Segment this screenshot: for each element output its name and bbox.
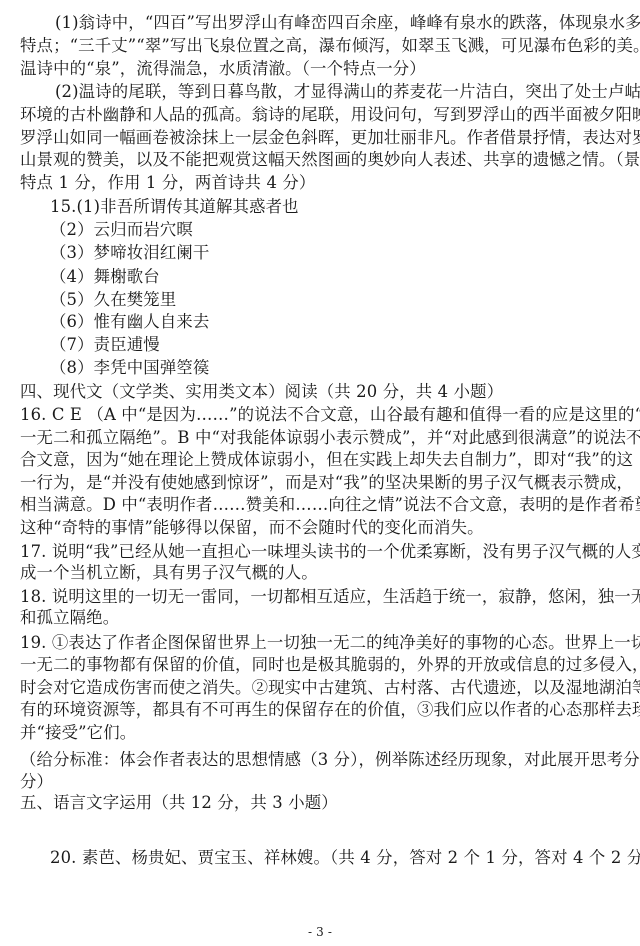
text-line: 环境的古朴幽静和人品的孤高。翁诗的尾联，用设问句，写到罗浮山的西半面被夕阳映照，	[20, 104, 628, 126]
text-line: 18. 说明这里的一切无一雷同，一切都相互适应，生活趋于统一，寂静，悠闲，独一无…	[20, 586, 628, 608]
text-line: 合文意，因为“她在理论上赞成体谅弱小，但在实践上却失去自制力”，即对“我”的这	[20, 449, 628, 471]
text-line: 有的环境资源等，都具有不可再生的保留存在的价值，③我们应以作者的心态那样去珍惜	[20, 699, 628, 721]
list-item: （5）久在樊笼里	[50, 289, 450, 311]
list-item: （7）责臣逋慢	[50, 334, 450, 356]
text-line: 山景观的赞美，以及不能把观赏这幅天然图画的奥妙向人表述、共享的遗憾之情。（景物	[20, 149, 628, 171]
text-line: 16. C E （A 中“是因为……”的说法不合文意，山谷最有趣和值得一看的应是…	[20, 404, 628, 426]
text-line: (1)翁诗中，“四百”写出罗浮山有峰峦四百余座，峰峰有泉水的跌落，体现泉水多的	[55, 12, 628, 34]
text-line: 一无二和孤立隔绝”。B 中“对我能体谅弱小表示赞成”，并“对此感到很满意”的说法…	[20, 427, 628, 449]
text-line: 特点；“三千丈”“翠”写出飞泉位置之高，瀑布倾泻，如翠玉飞溅，可见瀑布色彩的美。	[20, 35, 628, 57]
list-item: （4）舞榭歌台	[50, 266, 450, 288]
text-line: 温诗中的“泉”，流得湍急，水质清澈。（一个特点一分）	[20, 58, 628, 80]
list-item: （2）云归而岩穴暝	[50, 219, 450, 241]
text-line: 并“接受”它们。	[20, 722, 628, 744]
list-item: （3）梦啼妆泪红阑干	[50, 242, 450, 264]
answer-20: 20. 素芭、杨贵妃、贾宝玉、祥林嫂。（共 4 分，答对 2 个 1 分，答对 …	[50, 847, 610, 869]
text-line: 一无二的事物都有保留的价值，同时也是极其脆弱的，外界的开放或信息的过多侵入，有	[20, 654, 628, 676]
text-line: 时会对它造成伤害而使之消失。②现实中古建筑、古村落、古代遗迹，以及湿地湖泊等特	[20, 677, 628, 699]
page-number: - 3 -	[0, 925, 640, 939]
list-item: （6）惟有幽人自来去	[50, 311, 450, 333]
list-item: （8）李凭中国弹箜篌	[50, 357, 450, 379]
text-line: 特点 1 分，作用 1 分，两首诗共 4 分）	[20, 172, 628, 194]
text-line: 17. 说明“我”已经从她一直担心一味埋头读书的一个优柔寡断，没有男子汉气概的人…	[20, 541, 628, 563]
text-line: 分）	[20, 771, 628, 793]
text-line: 成一个当机立断，具有男子汉气概的人。	[20, 562, 628, 584]
list-item: 15.(1)非吾所谓传其道解其惑者也	[50, 196, 450, 218]
section-heading: 五、语言文字运用（共 12 分，共 3 小题）	[20, 792, 628, 814]
section-heading: 四、现代文（文学类、实用类文本）阅读（共 20 分，共 4 小题）	[20, 381, 628, 403]
text-line: 19. ①表达了作者企图保留世界上一切独一无二的纯净美好的事物的心态。世界上一切…	[20, 632, 628, 654]
text-line: 罗浮山如同一幅画卷被涂抹上一层金色斜晖，更加壮丽非凡。作者借景抒情，表达对罗浮	[20, 127, 628, 149]
text-line: （给分标准：体会作者表达的思想情感（3 分），例举陈述经历现象，对此展开思考分析…	[20, 749, 628, 771]
text-line: 相当满意。D 中“表明作者……赞美和……向往之情”说法不合文意，表明的是作者希望	[20, 494, 628, 516]
text-line: 和孤立隔绝。	[20, 607, 628, 629]
text-line: (2)温诗的尾联，等到日暮鸟散，才显得满山的荞麦花一片洁白，突出了处士卢岵生活	[55, 81, 628, 103]
text-line: 这种“奇特的事情”能够得以保留，而不会随时代的变化而消失。	[20, 517, 628, 539]
text-line: 一行为，是“并没有使她感到惊讶”，而是对“我”的坚决果断的男子汉气概表示赞成，	[20, 472, 628, 494]
